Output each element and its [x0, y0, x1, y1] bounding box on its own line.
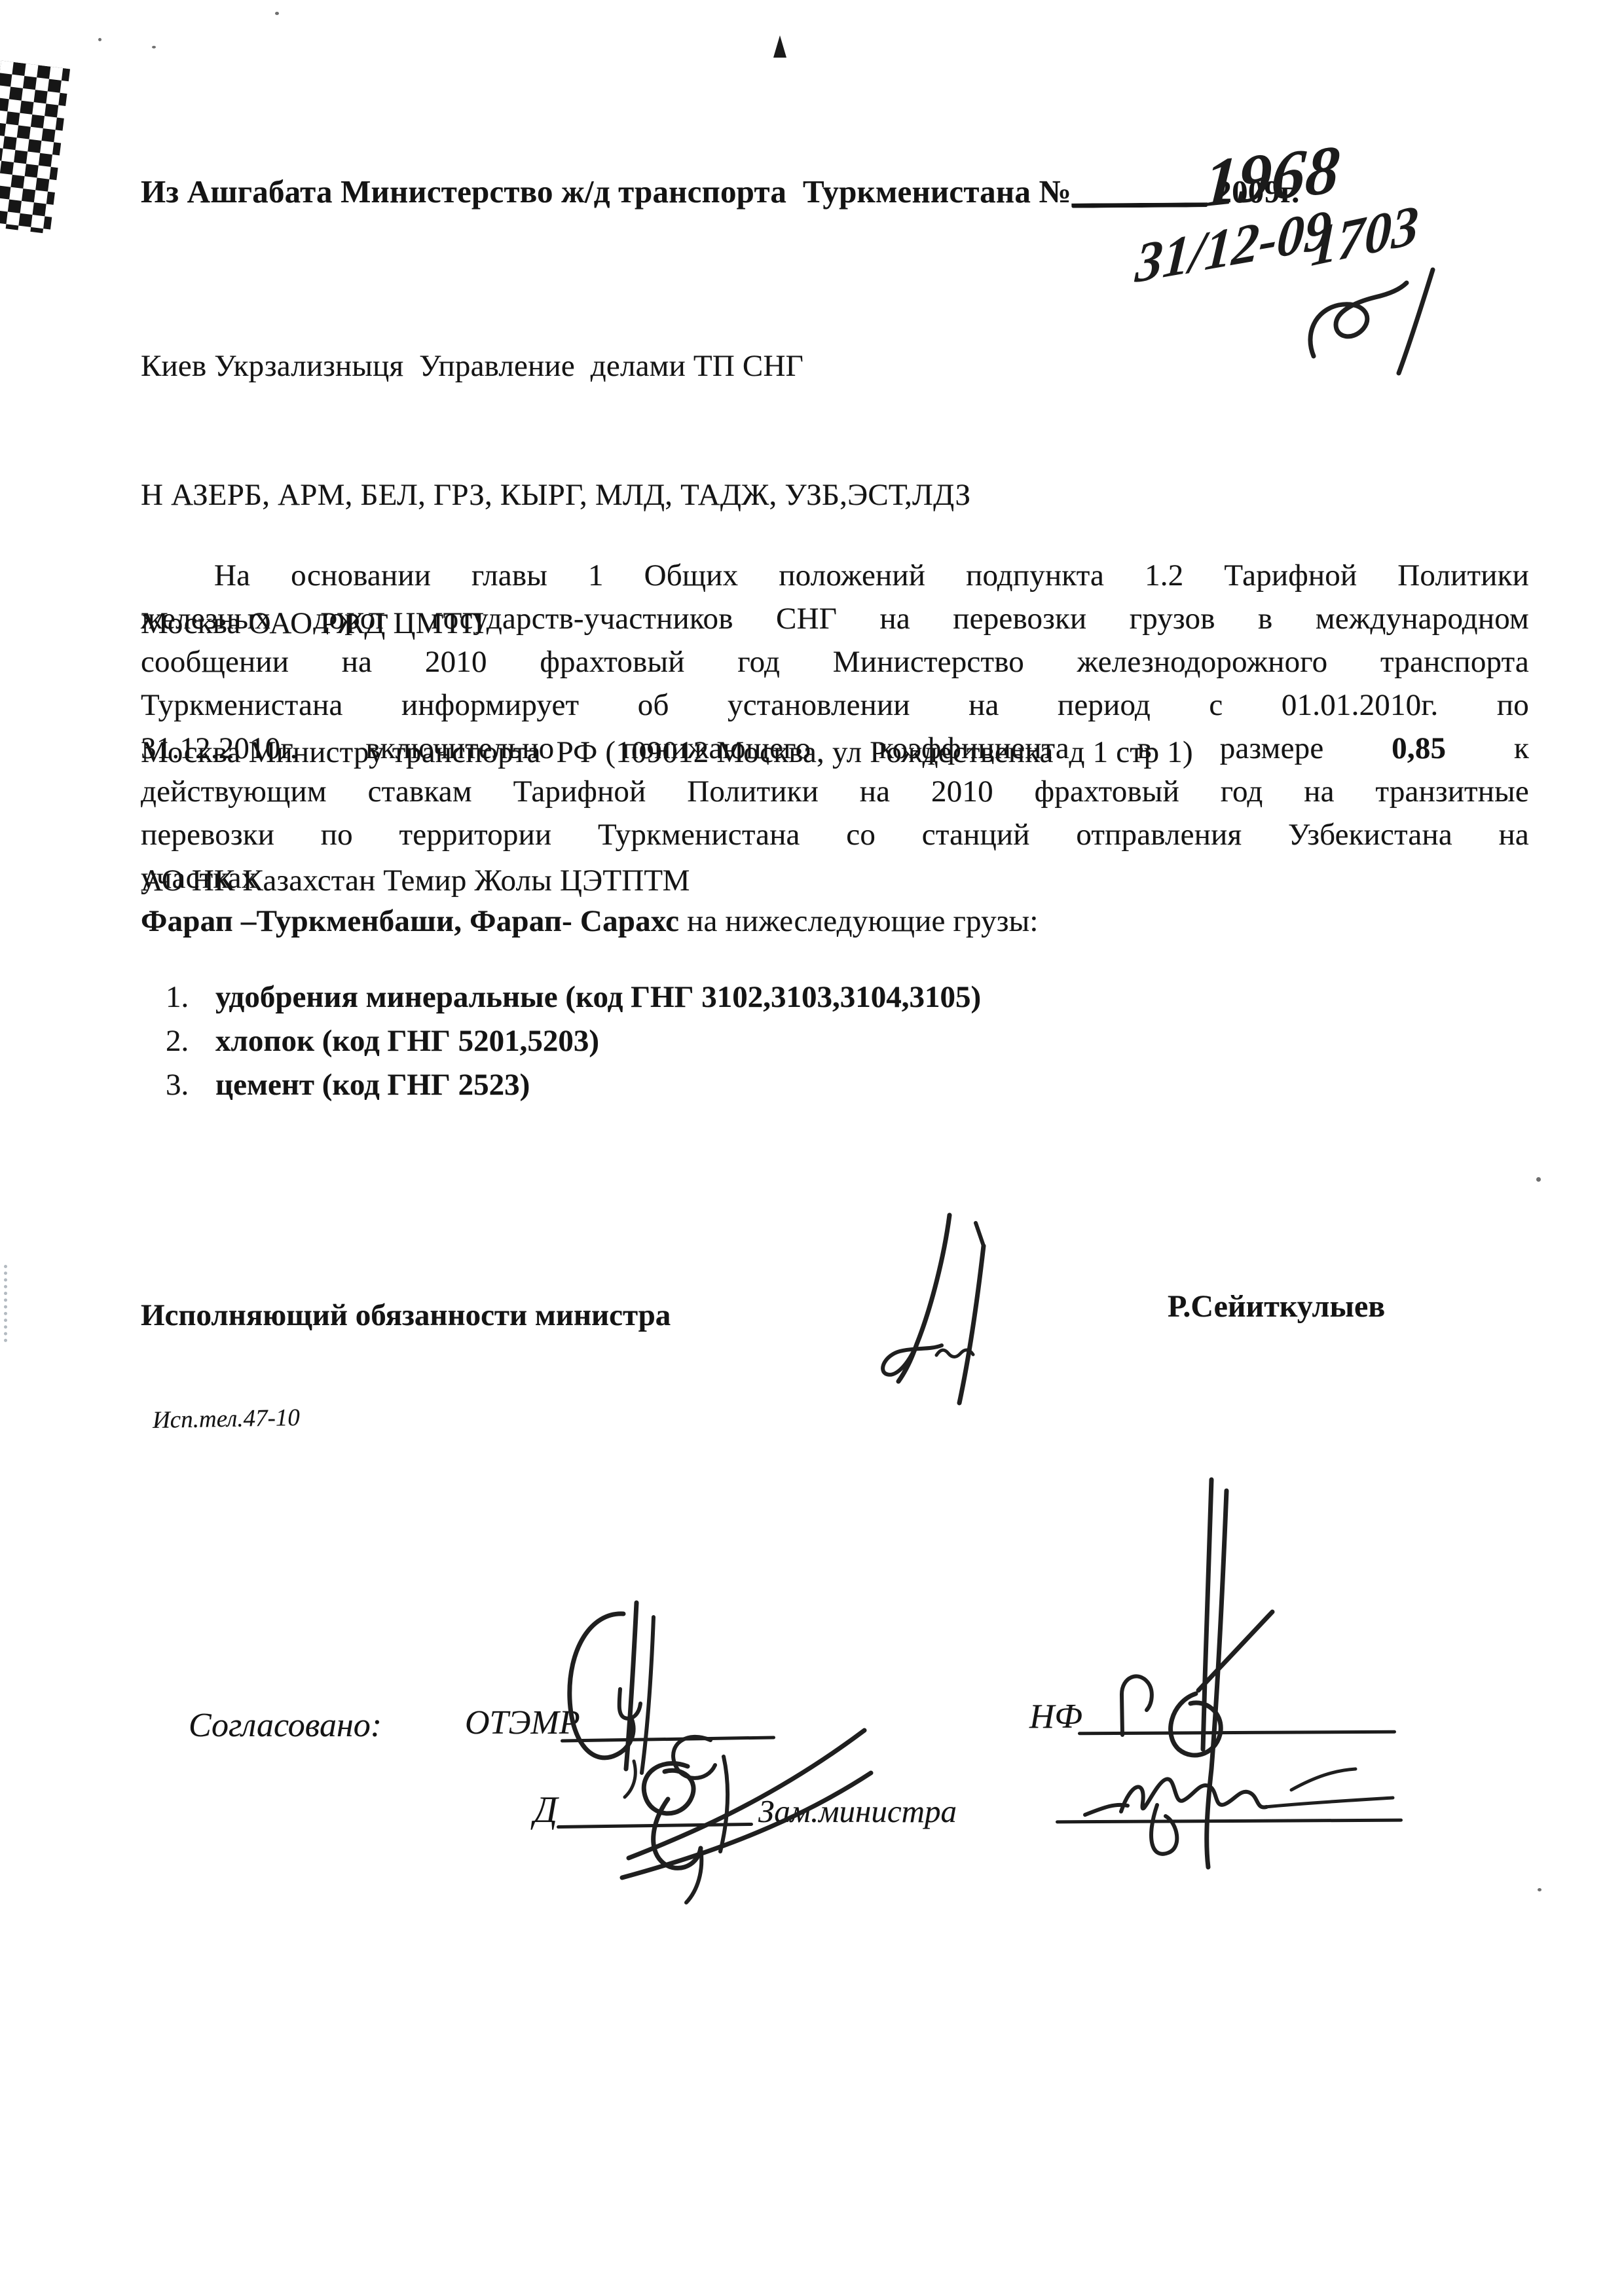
minister-signature [853, 1210, 1023, 1406]
route-rest-text: на нижеследующие грузы: [679, 904, 1038, 938]
cargo-item-text: цемент (код ГНГ 2523) [215, 1068, 530, 1102]
scan-edge-dotted-mark [4, 1265, 7, 1342]
minister-title: Исполняющий обязанности министра [141, 1298, 671, 1333]
body-line-8: участках [141, 856, 1529, 900]
scan-checkerboard-strip [0, 60, 70, 234]
executor-phone-note: Исп.тел.47-10 [153, 1404, 301, 1434]
d-signature [589, 1694, 884, 1910]
cargo-item: 2.хлопок (код ГНГ 5201,5203) [166, 1019, 981, 1063]
recipient-line: Киев Укрзализныця Управление делами ТП С… [141, 345, 1568, 388]
body-line-3: сообщении на 2010 фрахтовый год Министер… [141, 640, 1529, 683]
scan-speck [275, 12, 279, 15]
header-origin-text: Из Ашгабата Министерство ж/д транспорта … [141, 173, 1071, 210]
registration-triangle-mark [773, 35, 786, 58]
header-line: Из Ашгабата Министерство ж/д транспорта … [141, 169, 1568, 210]
body-paragraph: На основании главы 1 Общих положений под… [141, 554, 1529, 943]
body-line-5-pre: 31.12.2010г. включительно понижающего ко… [141, 731, 1323, 765]
doc-number-underline [1071, 168, 1208, 208]
cargo-item-number: 2. [166, 1019, 215, 1063]
agreed-label: Согласовано: [189, 1706, 382, 1745]
route-line: Фарап –Туркменбаши, Фарап- Сарахс на ниж… [141, 900, 1529, 943]
scan-speck [1536, 1177, 1541, 1182]
body-line-4: Туркменистана информирует об установлени… [141, 683, 1529, 727]
scanned-letter-page: Из Ашгабата Министерство ж/д транспорта … [0, 0, 1624, 2296]
minister-name: Р.Сейиткулыев [1168, 1288, 1385, 1324]
body-line-7: перевозки по территории Туркменистана со… [141, 813, 1529, 856]
d-label: Д [534, 1789, 557, 1831]
cargo-item-number: 1. [166, 975, 215, 1019]
recipient-line: Н АЗЕРБ, АРМ, БЕЛ, ГРЗ, КЫРГ, МЛД, ТАДЖ,… [141, 474, 1568, 517]
body-line-2: железных дорог государств-участников СНГ… [141, 597, 1529, 640]
body-line-6: действующим ставкам Тарифной Политики на… [141, 770, 1529, 813]
scan-speck [1538, 1888, 1541, 1891]
scan-speck [98, 38, 101, 41]
cargo-list: 1.удобрения минеральные (код ГНГ 3102,31… [166, 975, 981, 1107]
nf-label: НФ [1029, 1697, 1082, 1736]
coefficient-value: 0,85 [1392, 731, 1446, 765]
cargo-item: 3.цемент (код ГНГ 2523) [166, 1063, 981, 1106]
deputy-minister-signature [1075, 1743, 1403, 1870]
body-line-5-post: к [1514, 731, 1529, 765]
body-line-1: На основании главы 1 Общих положений под… [141, 554, 1529, 597]
cargo-item: 1.удобрения минеральные (код ГНГ 3102,31… [166, 975, 981, 1019]
cargo-item-text: хлопок (код ГНГ 5201,5203) [215, 1024, 599, 1058]
body-line-5: 31.12.2010г. включительно понижающего ко… [141, 727, 1529, 770]
route-stations-bold: Фарап –Туркменбаши, Фарап- Сарахс [141, 904, 679, 938]
cargo-item-text: удобрения минеральные (код ГНГ 3102,3103… [215, 980, 981, 1014]
scan-speck [152, 46, 156, 48]
cargo-item-number: 3. [166, 1063, 215, 1106]
